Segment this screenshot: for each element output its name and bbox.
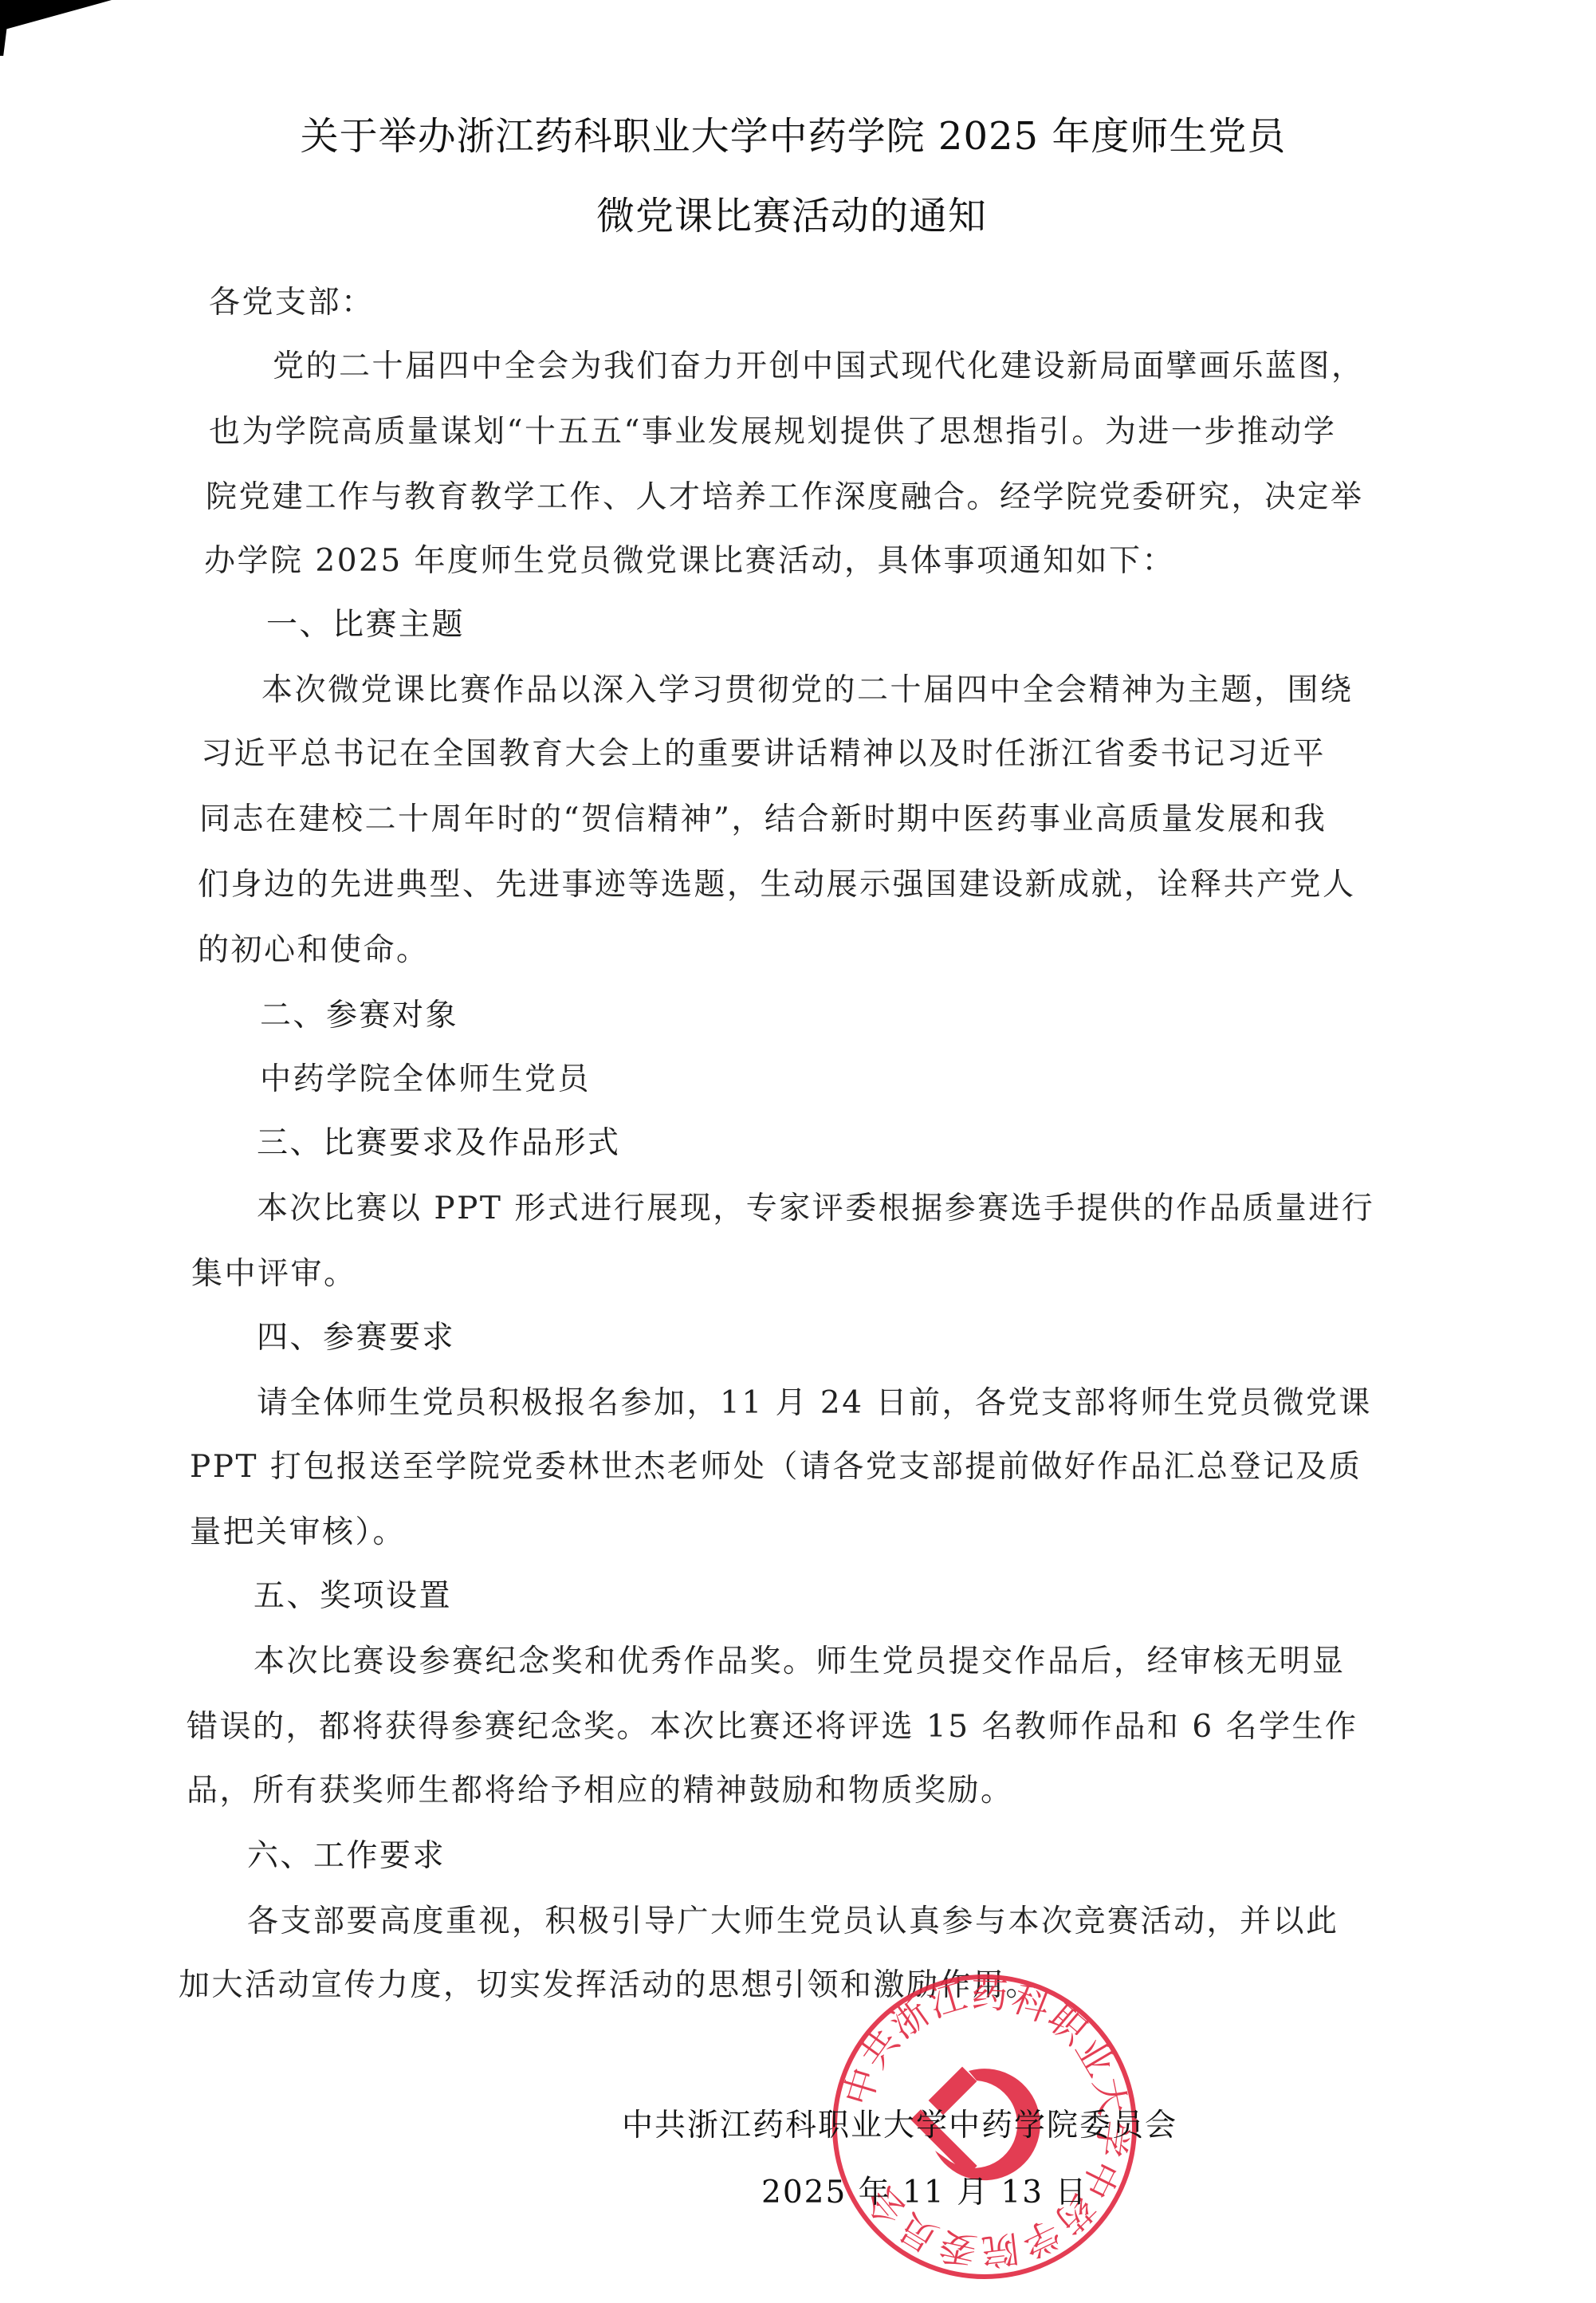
intro-line: 党的二十届四中全会为我们奋力开创中国式现代化建设新局面擘画乐蓝图， <box>273 341 1365 386</box>
section-body-line: 同志在建校二十周年时的“贺信精神”，结合新时期中医药事业高质量发展和我 <box>199 794 1327 839</box>
intro-line: 院党建工作与教育教学工作、人才培养工作深度融合。经学院党委研究，决定举 <box>206 472 1364 517</box>
section-body-line: 本次比赛以 PPT 形式进行展现，专家评委根据参赛选手提供的作品质量进行 <box>257 1183 1374 1228</box>
section-heading-theme: 一、比赛主题 <box>266 600 465 644</box>
section-heading-requirements: 四、参赛要求 <box>257 1313 455 1357</box>
section-heading-awards: 五、奖项设置 <box>254 1571 452 1616</box>
document-title-line-1: 关于举办浙江药科职业大学中药学院 2025 年度师生党员 <box>0 105 1591 160</box>
section-body-line: 各支部要高度重视，积极引导广大师生党员认真参与本次竞赛活动，并以此 <box>247 1896 1339 1941</box>
section-body-line: PPT 打包报送至学院党委林世杰老师处（请各党支部提前做好作品汇总登记及质 <box>190 1442 1362 1486</box>
section-body-line: 集中评审。 <box>191 1249 357 1293</box>
signature-organization: 中共浙江药科职业大学中药学院委员会 <box>622 2100 1177 2145</box>
section-body-line: 中药学院全体师生党员 <box>260 1054 591 1099</box>
section-body-line: 量把关审核）。 <box>190 1507 406 1552</box>
section-heading-participants: 二、参赛对象 <box>260 990 458 1035</box>
section-body-line: 本次比赛设参赛纪念奖和优秀作品奖。师生党员提交作品后，经审核无明显 <box>254 1636 1346 1681</box>
section-heading-work-requirements: 六、工作要求 <box>247 1831 446 1876</box>
section-heading-format: 三、比赛要求及作品形式 <box>257 1118 621 1163</box>
section-body-line: 的初心和使命。 <box>198 925 430 970</box>
section-body-line: 请全体师生党员积极报名参加，11 月 24 日前，各党支部将师生党员微党课 <box>257 1378 1372 1423</box>
salutation: 各党支部： <box>209 278 375 322</box>
section-body-line: 们身边的先进典型、先进事迹等选题，生动展示强国建设新成就，诠释共产党人 <box>198 860 1356 904</box>
section-body-line: 错误的，都将获得参赛纪念奖。本次比赛还将评选 15 名教师作品和 6 名学生作 <box>187 1702 1358 1746</box>
section-body-line: 品，所有获奖师生都将给予相应的精神鼓励和物质奖励。 <box>187 1766 1014 1810</box>
document-title-line-2: 微党课比赛活动的通知 <box>0 185 1590 240</box>
document-page: 关于举办浙江药科职业大学中药学院 2025 年度师生党员 微党课比赛活动的通知 … <box>0 0 1596 2303</box>
section-body-line: 加大活动宣传力度，切实发挥活动的思想引领和激励作用。 <box>179 1960 1039 2005</box>
signature-date: 2025 年 11 月 13 日 <box>761 2167 1088 2212</box>
intro-line: 办学院 2025 年度师生党员微党课比赛活动，具体事项通知如下： <box>204 536 1175 581</box>
section-body-line: 习近平总书记在全国教育大会上的重要讲话精神以及时任浙江省委书记习近平 <box>201 729 1326 774</box>
section-body-line: 本次微党课比赛作品以深入学习贯彻党的二十届四中全会精神为主题，围绕 <box>261 665 1354 710</box>
intro-line: 也为学院高质量谋划“十五五“事业发展规划提供了思想指引。为进一步推动学 <box>209 407 1336 451</box>
